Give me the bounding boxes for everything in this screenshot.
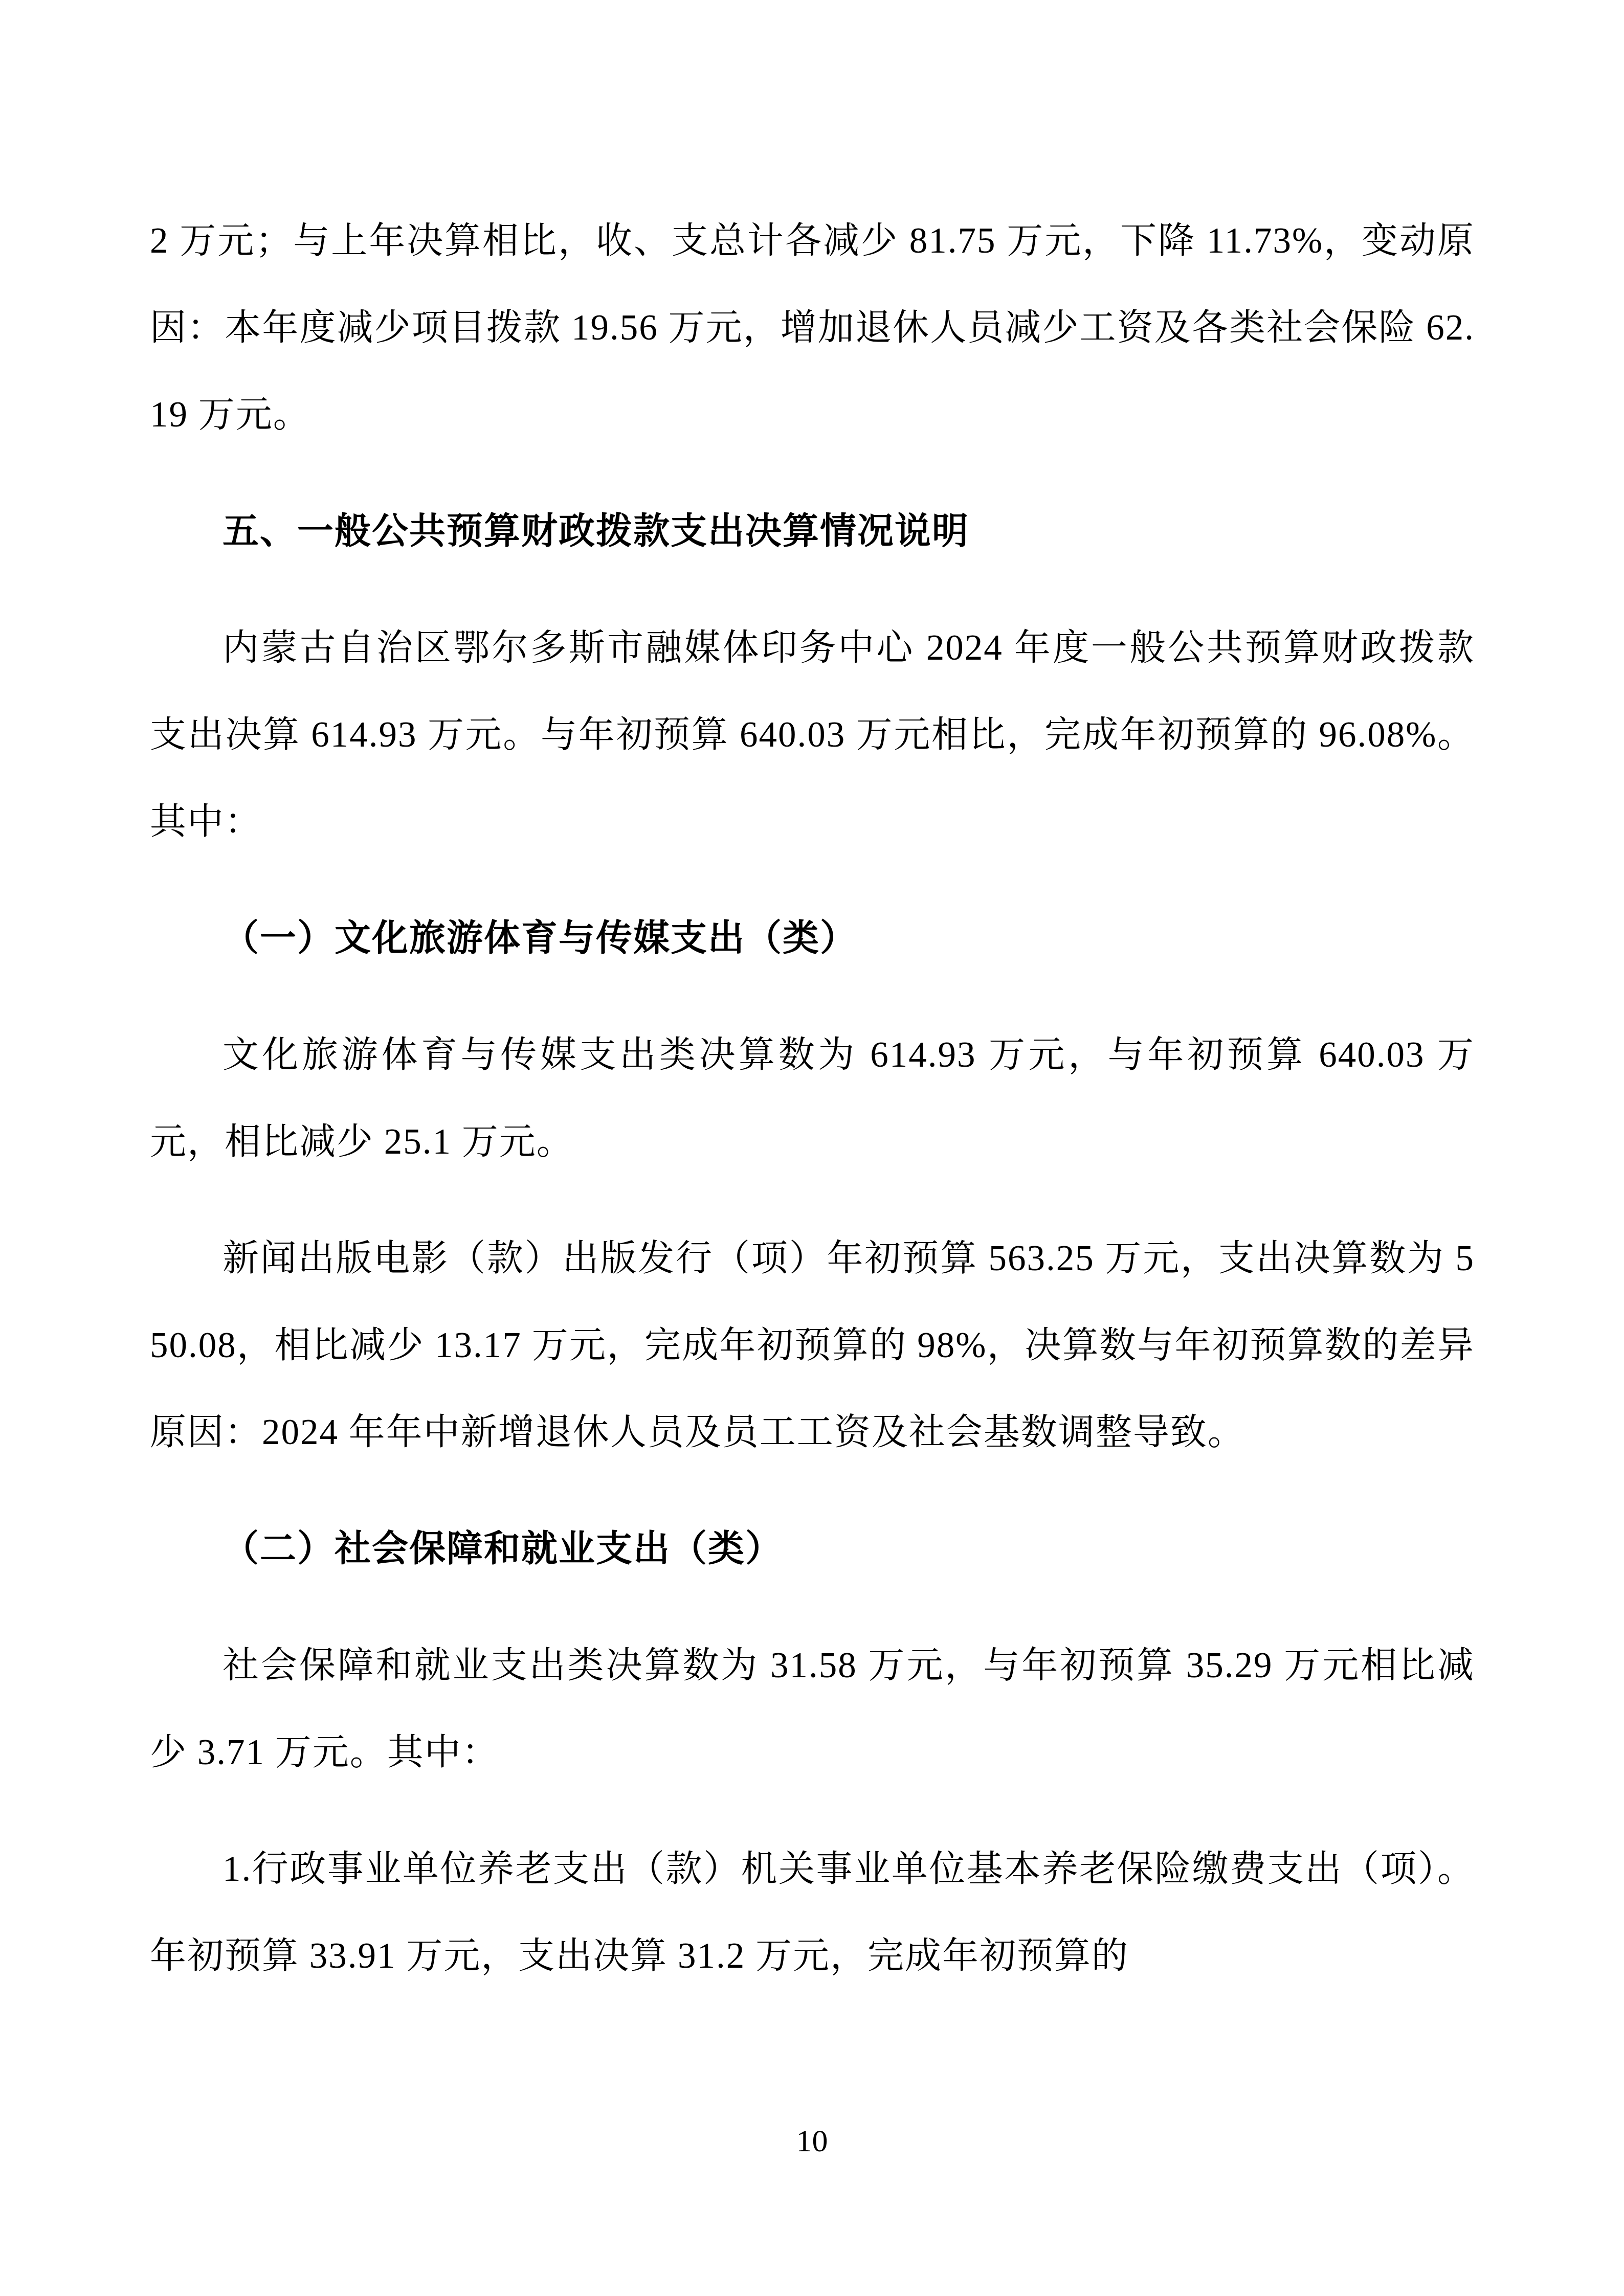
paragraph-social-security-total: 社会保障和就业支出类决算数为 31.58 万元，与年初预算 35.29 万元相比…	[150, 1622, 1475, 1796]
heading-subsection-1-culture-media: （一）文化旅游体育与传媒支出（类）	[150, 895, 1475, 982]
paragraph-culture-media-total: 文化旅游体育与传媒支出类决算数为 614.93 万元，与年初预算 640.03 …	[150, 1011, 1475, 1185]
paragraph-press-publication-detail: 新闻出版电影（款）出版发行（项）年初预算 563.25 万元，支出决算数为 55…	[150, 1215, 1475, 1476]
document-body: 2 万元；与上年决算相比，收、支总计各减少 81.75 万元，下降 11.73%…	[150, 197, 1475, 2029]
paragraph-carryover: 2 万元；与上年决算相比，收、支总计各减少 81.75 万元，下降 11.73%…	[150, 197, 1475, 458]
paragraph-budget-overview: 内蒙古自治区鄂尔多斯市融媒体印务中心 2024 年度一般公共预算财政拨款支出决算…	[150, 604, 1475, 865]
paragraph-pension-detail: 1.行政事业单位养老支出（款）机关事业单位基本养老保险缴费支出（项）。年初预算 …	[150, 1826, 1475, 1999]
document-page: { "page": { "number": "10", "background_…	[0, 0, 1624, 2296]
heading-section-5: 五、一般公共预算财政拨款支出决算情况说明	[150, 488, 1475, 575]
heading-subsection-2-social-security: （二）社会保障和就业支出（类）	[150, 1505, 1475, 1592]
page-number: 10	[0, 2123, 1624, 2159]
